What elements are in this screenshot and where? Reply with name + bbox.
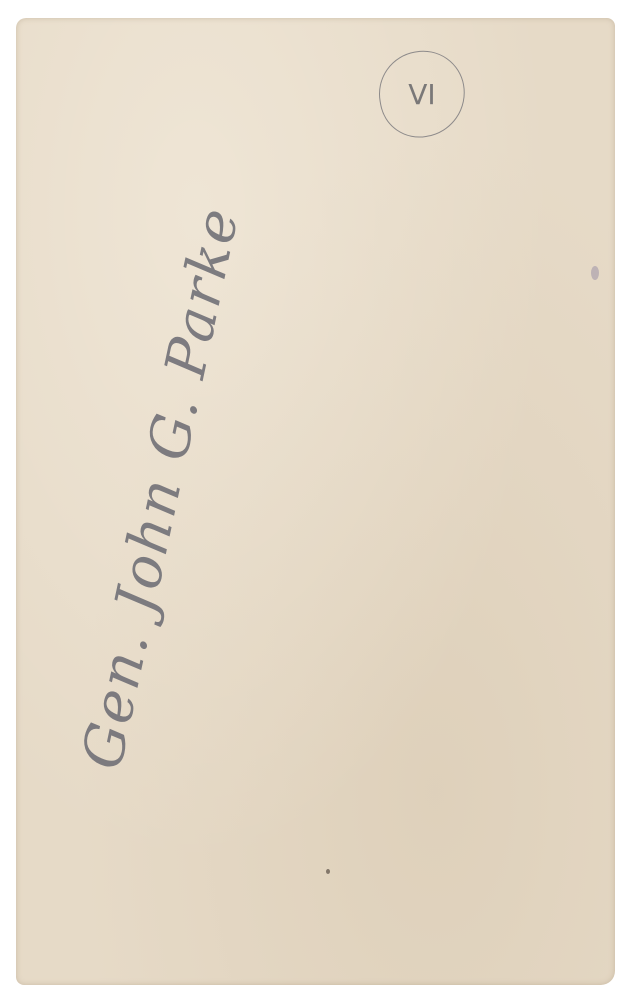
dirt-speck: [326, 869, 330, 874]
circled-mark: VI: [372, 44, 472, 144]
handwritten-inscription: Gen. John G. Parke: [70, 201, 253, 774]
circled-mark-label: VI: [380, 52, 464, 136]
ink-smudge: [591, 266, 599, 280]
card-back: Gen. John G. Parke VI: [16, 18, 615, 985]
